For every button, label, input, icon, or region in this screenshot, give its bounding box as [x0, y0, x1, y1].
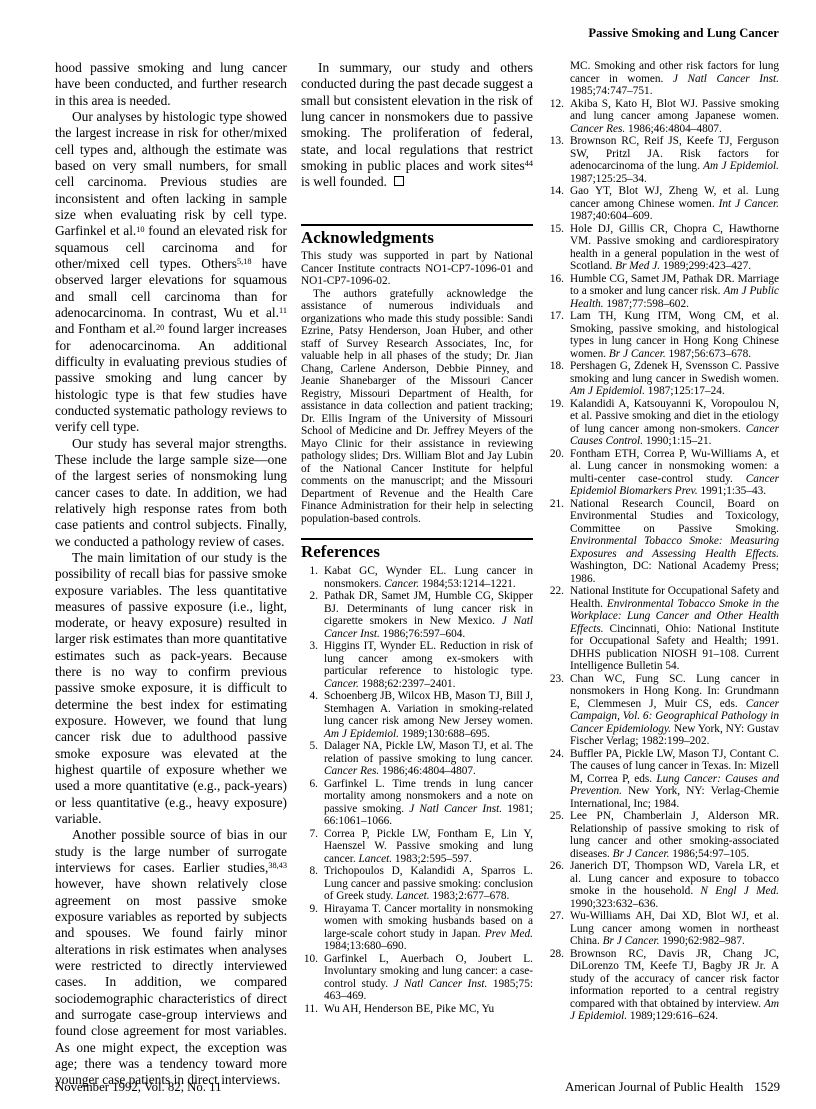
journal-page: Passive Smoking and Lung Cancer hood pas…	[0, 0, 816, 1109]
reference-item: 1.Kabat GC, Wynder EL. Lung cancer in no…	[301, 565, 533, 590]
reference-number: 24.	[547, 748, 564, 761]
reference-item: 27.Wu-Williams AH, Dai XD, Blot WJ, et a…	[547, 910, 779, 948]
reference-item: 2.Pathak DR, Samet JM, Humble CG, Skippe…	[301, 590, 533, 640]
reference-number: 23.	[547, 673, 564, 686]
reference-number: 10.	[301, 953, 318, 966]
reference-item: 13.Brownson RC, Reif JS, Keefe TJ, Fergu…	[547, 135, 779, 185]
reference-item: 8.Trichopoulos D, Kalandidi A, Sparros L…	[301, 865, 533, 903]
reference-item: 18.Pershagen G, Zdenek H, Svensson C. Pa…	[547, 360, 779, 398]
paragraph: Our analyses by histologic type showed t…	[55, 109, 287, 436]
footer-issue-info: November 1992, Vol. 82, No. 11	[55, 1080, 221, 1095]
acknowledgments-text: This study was supported in part by Nati…	[301, 250, 533, 525]
reference-text: Dalager NA, Pickle LW, Mason TJ, et al. …	[324, 740, 533, 777]
reference-item: 28.Brownson RC, Davis JR, Chang JC, DiLo…	[547, 948, 779, 1023]
reference-item: 11.Wu AH, Henderson BE, Pike MC, Yu	[301, 1003, 533, 1016]
reference-item: 25.Lee PN, Chamberlain J, Alderson MR. R…	[547, 810, 779, 860]
reference-item: 12.Akiba S, Kato H, Blot WJ. Passive smo…	[547, 98, 779, 136]
references-heading: References	[301, 543, 533, 562]
reference-number: 17.	[547, 310, 564, 323]
reference-text: Brownson RC, Davis JR, Chang JC, DiLoren…	[570, 948, 779, 1023]
reference-text: Lam TH, Kung ITM, Wong CM, et al. Smokin…	[570, 310, 779, 360]
reference-text: Higgins IT, Wynder EL. Reduction in risk…	[324, 640, 533, 690]
paragraph: This study was supported in part by Nati…	[301, 250, 533, 288]
reference-number: 26.	[547, 860, 564, 873]
reference-text: Correa P, Pickle LW, Fontham E, Lin Y, H…	[324, 828, 533, 865]
running-head: Passive Smoking and Lung Cancer	[588, 26, 779, 41]
reference-item: 14.Gao YT, Blot WJ, Zheng W, et al. Lung…	[547, 185, 779, 223]
reference-number: 7.	[301, 828, 318, 841]
footer-journal-info: American Journal of Public Health1529	[565, 1080, 780, 1095]
reference-number: 8.	[301, 865, 318, 878]
reference-item: 4.Schoenberg JB, Wilcox HB, Mason TJ, Bi…	[301, 690, 533, 740]
paragraph: The authors gratefully acknowledge the a…	[301, 288, 533, 526]
paragraph: The main limitation of our study is the …	[55, 550, 287, 828]
reference-text: Buffler PA, Pickle LW, Mason TJ, Contant…	[570, 748, 779, 810]
reference-number: 21.	[547, 498, 564, 511]
reference-number: 27.	[547, 910, 564, 923]
reference-text: Wu AH, Henderson BE, Pike MC, Yu	[324, 1003, 494, 1015]
reference-number: 15.	[547, 223, 564, 236]
reference-list-1-11: 1.Kabat GC, Wynder EL. Lung cancer in no…	[301, 565, 533, 1015]
reference-number: 6.	[301, 778, 318, 791]
reference-number: 16.	[547, 273, 564, 286]
reference-number: 14.	[547, 185, 564, 198]
reference-item: 15.Hole DJ, Gillis CR, Chopra C, Hawthor…	[547, 223, 779, 273]
reference-item: 19.Kalandidi A, Katsouyanni K, Voropoulo…	[547, 398, 779, 448]
paragraph: Our study has several major strengths. T…	[55, 436, 287, 550]
reference-item: 17.Lam TH, Kung ITM, Wong CM, et al. Smo…	[547, 310, 779, 360]
reference-item: 6.Garfinkel L. Time trends in lung cance…	[301, 778, 533, 828]
reference-number: 3.	[301, 640, 318, 653]
reference-item: 22.National Institute for Occupational S…	[547, 585, 779, 673]
reference-number: 28.	[547, 948, 564, 961]
reference-number: 13.	[547, 135, 564, 148]
reference-item: 9.Hirayama T. Cancer mortality in nonsmo…	[301, 903, 533, 953]
reference-text: National Institute for Occupational Safe…	[570, 585, 779, 672]
reference-text: Hole DJ, Gillis CR, Chopra C, Hawthorne …	[570, 223, 779, 273]
reference-number: 2.	[301, 590, 318, 603]
reference-text: Wu-Williams AH, Dai XD, Blot WJ, et al. …	[570, 910, 779, 947]
reference-item: 16.Humble CG, Samet JM, Pathak DR. Marri…	[547, 273, 779, 311]
reference-text: National Research Council, Board on Envi…	[570, 498, 779, 585]
acknowledgments-heading: Acknowledgments	[301, 229, 533, 248]
reference-number: 4.	[301, 690, 318, 703]
paragraph: Another possible source of bias in our s…	[55, 827, 287, 1088]
reference-text: Pathak DR, Samet JM, Humble CG, Skipper …	[324, 590, 533, 640]
reference-text: Chan WC, Fung SC. Lung cancer in nonsmok…	[570, 673, 779, 748]
reference-text: Akiba S, Kato H, Blot WJ. Passive smokin…	[570, 98, 779, 135]
reference-item: 26.Janerich DT, Thompson WD, Varela LR, …	[547, 860, 779, 910]
reference-text: Lee PN, Chamberlain J, Alderson MR. Rela…	[570, 810, 779, 860]
reference-item: 3.Higgins IT, Wynder EL. Reduction in ri…	[301, 640, 533, 690]
acknowledgments-section: Acknowledgments This study was supported…	[301, 224, 533, 526]
reference-item: 10.Garfinkel L, Auerbach O, Joubert L. I…	[301, 953, 533, 1003]
reference-item: 5.Dalager NA, Pickle LW, Mason TJ, et al…	[301, 740, 533, 778]
reference-text: Fontham ETH, Correa P, Wu-Williams A, et…	[570, 448, 779, 498]
end-of-article-marker	[394, 176, 404, 186]
reference-item: 21.National Research Council, Board on E…	[547, 498, 779, 586]
reference-item: 7.Correa P, Pickle LW, Fontham E, Lin Y,…	[301, 828, 533, 866]
reference-item: 20.Fontham ETH, Correa P, Wu-Williams A,…	[547, 448, 779, 498]
reference-number: 19.	[547, 398, 564, 411]
closing-paragraph: In summary, our study and others conduct…	[301, 60, 533, 191]
page-columns: hood passive smoking and lung cancer hav…	[55, 60, 780, 1089]
reference-text: Schoenberg JB, Wilcox HB, Mason TJ, Bill…	[324, 690, 533, 740]
reference-item: 24.Buffler PA, Pickle LW, Mason TJ, Cont…	[547, 748, 779, 811]
column-3-references: MC. Smoking and other risk factors for l…	[547, 60, 779, 1089]
reference-text: Gao YT, Blot WJ, Zheng W, et al. Lung ca…	[570, 185, 779, 222]
footer-page-number: 1529	[754, 1080, 780, 1094]
references-section: References 1.Kabat GC, Wynder EL. Lung c…	[301, 538, 533, 1015]
reference-number: 9.	[301, 903, 318, 916]
column-1-body-text: hood passive smoking and lung cancer hav…	[55, 60, 287, 1089]
reference-text: Janerich DT, Thompson WD, Varela LR, et …	[570, 860, 779, 910]
reference-number: 18.	[547, 360, 564, 373]
reference-text: Pershagen G, Zdenek H, Svensson C. Passi…	[570, 360, 779, 397]
reference-text: Brownson RC, Reif JS, Keefe TJ, Ferguson…	[570, 135, 779, 185]
reference-text: Garfinkel L. Time trends in lung cancer …	[324, 778, 533, 828]
reference-text: Kabat GC, Wynder EL. Lung cancer in nons…	[324, 565, 533, 590]
reference-number: 20.	[547, 448, 564, 461]
reference-item: 23.Chan WC, Fung SC. Lung cancer in nons…	[547, 673, 779, 748]
reference-number: 11.	[301, 1003, 318, 1016]
reference-11-continuation: MC. Smoking and other risk factors for l…	[547, 60, 779, 98]
reference-number: 22.	[547, 585, 564, 598]
reference-text: Garfinkel L, Auerbach O, Joubert L. Invo…	[324, 953, 533, 1003]
reference-text: Kalandidi A, Katsouyanni K, Voropoulou N…	[570, 398, 779, 448]
page-footer: November 1992, Vol. 82, No. 11 American …	[55, 1080, 780, 1095]
reference-text: Trichopoulos D, Kalandidi A, Sparros L. …	[324, 865, 533, 902]
reference-text: Humble CG, Samet JM, Pathak DR. Marriage…	[570, 273, 779, 310]
footer-journal-name: American Journal of Public Health	[565, 1080, 743, 1094]
reference-text: Hirayama T. Cancer mortality in nonsmoki…	[324, 903, 533, 953]
reference-number: 1.	[301, 565, 318, 578]
reference-number: 12.	[547, 98, 564, 111]
column-2: In summary, our study and others conduct…	[301, 60, 533, 1089]
reference-number: 25.	[547, 810, 564, 823]
reference-list-12-28: 12.Akiba S, Kato H, Blot WJ. Passive smo…	[547, 98, 779, 1023]
paragraph: hood passive smoking and lung cancer hav…	[55, 60, 287, 109]
reference-number: 5.	[301, 740, 318, 753]
